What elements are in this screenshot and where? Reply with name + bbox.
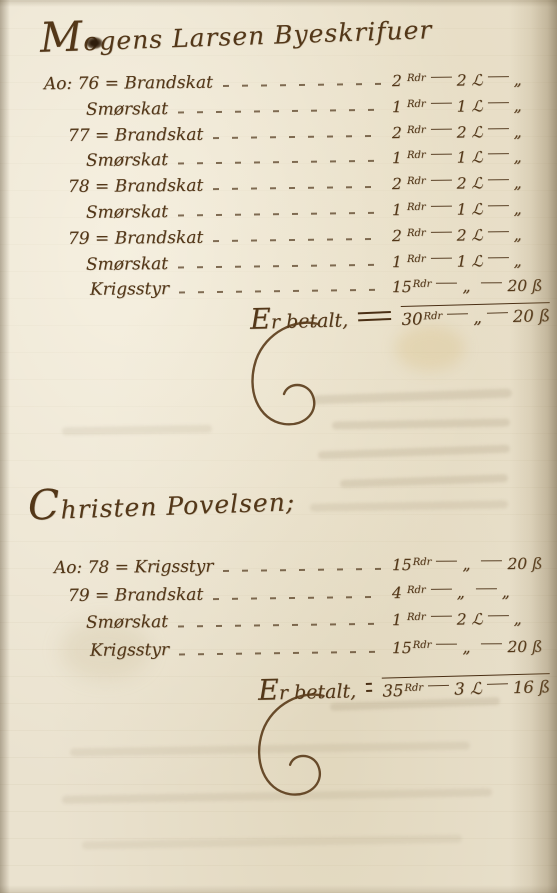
entry-amount: 1Rdr 1 ℒ „ <box>392 97 550 116</box>
dotted-leader <box>213 134 382 138</box>
bleed-through-text <box>332 418 510 429</box>
page-edge-shadow <box>0 0 557 7</box>
currency-unit: Rdr <box>413 279 432 290</box>
dotted-leader <box>223 83 382 87</box>
dash-separator <box>436 560 457 561</box>
dash-separator <box>481 282 502 283</box>
bleed-through-text <box>62 788 492 804</box>
calligraphic-flourish <box>250 690 342 808</box>
amount-skilling: „ <box>514 123 528 141</box>
currency-unit: Rdr <box>407 124 426 135</box>
dotted-leader <box>223 568 382 572</box>
ledger-rows-section2: Ao: 78 = Krigsstyr 15Rdr „ 20 ß 79 = Bra… <box>40 556 550 666</box>
dash-separator <box>431 102 452 103</box>
total-amount: 30Rdr „ 20 ß <box>401 302 550 329</box>
dash-separator <box>431 588 452 589</box>
dotted-leader <box>213 238 382 242</box>
entry-label: 79 = Brandskat <box>68 584 203 605</box>
dash-separator <box>488 256 509 257</box>
dash-separator <box>431 179 452 180</box>
entry-amount: 1Rdr 1 ℒ „ <box>392 251 550 270</box>
calligraphic-flourish <box>244 318 336 438</box>
entry-amount: 4Rdr „ „ <box>392 582 550 601</box>
currency-unit: Rdr <box>407 99 426 110</box>
currency-unit: Rdr <box>407 612 426 623</box>
dash-separator <box>476 587 497 588</box>
equals-sign <box>366 683 373 692</box>
entry-label: Krigsstyr <box>90 279 169 300</box>
entry-amount: 1Rdr 1 ℒ „ <box>392 148 550 167</box>
amount-skilling: 20 ß <box>507 555 542 573</box>
dash-separator <box>431 257 452 258</box>
bleed-through-text <box>70 742 470 757</box>
amount-skilling: „ <box>514 252 528 270</box>
total-line: Er betalt, 30Rdr „ 20 ß <box>250 295 551 336</box>
amount-mark: „ <box>462 278 476 296</box>
currency-unit: Rdr <box>413 557 432 568</box>
currency-unit: Rdr <box>404 683 423 694</box>
dash-separator <box>488 230 509 231</box>
dash-separator <box>488 76 509 77</box>
ledger-row: Ao: 78 = Krigsstyr 15Rdr „ 20 ß <box>40 554 550 586</box>
entry-amount: 2Rdr 2 ℒ „ <box>392 71 550 90</box>
amount-skilling: „ <box>514 71 528 89</box>
dotted-leader <box>179 289 382 294</box>
amount-skilling: „ <box>514 174 528 192</box>
entry-amount: 15Rdr „ 20 ß <box>392 277 550 296</box>
amount-skilling: 20 ß <box>507 637 542 655</box>
amount-rigsdaler: 1 <box>392 98 406 116</box>
dash-separator <box>431 231 452 232</box>
entry-amount: 15Rdr „ 20 ß <box>392 555 550 574</box>
amount-rigsdaler: 2 <box>392 227 406 245</box>
dash-separator <box>488 179 509 180</box>
currency-unit: Rdr <box>407 584 426 595</box>
bleed-through-text <box>318 445 510 460</box>
dash-separator <box>488 205 509 206</box>
currency-unit: Rdr <box>413 639 432 650</box>
dash-separator <box>488 615 509 616</box>
amount-rigsdaler: 30 <box>401 309 422 329</box>
amount-mark: „ <box>462 638 476 656</box>
entry-label: Ao: 76 = Brandskat <box>44 73 213 94</box>
ledger-row: Krigsstyr 15Rdr „ 20 ß <box>40 636 550 668</box>
amount-skilling: „ <box>514 148 528 166</box>
entry-label: Smørskat <box>86 99 168 120</box>
bleed-through-text <box>82 835 462 850</box>
dash-separator <box>487 683 508 685</box>
amount-mark: „ <box>473 308 482 327</box>
amount-rigsdaler: 4 <box>392 584 406 602</box>
amount-rigsdaler: 2 <box>392 72 406 90</box>
currency-unit: Rdr <box>407 202 426 213</box>
dash-separator <box>431 154 452 155</box>
entry-label: 77 = Brandskat <box>68 124 203 145</box>
entry-label: Smørskat <box>86 150 168 171</box>
dash-separator <box>431 615 452 616</box>
amount-mark: 2 ℒ <box>457 610 483 628</box>
entry-label: 79 = Brandskat <box>68 228 203 249</box>
amount-skilling: 16 ß <box>513 677 551 697</box>
dotted-leader <box>213 595 382 599</box>
dash-separator <box>431 76 452 77</box>
ledger-row: Smørskat 1Rdr 1 ℒ „ <box>40 96 550 126</box>
amount-mark: „ <box>457 583 471 601</box>
amount-rigsdaler: 15 <box>392 638 412 656</box>
dash-separator <box>488 127 509 128</box>
dotted-leader <box>178 108 382 113</box>
amount-rigsdaler: 2 <box>392 124 406 142</box>
ledger-row: 79 = Brandskat 4Rdr „ „ <box>40 581 550 613</box>
section-heading: Mogens Larsen Byeskrifuer <box>40 15 433 58</box>
amount-skilling: „ <box>514 97 528 115</box>
total-line: Er betalt, 35Rdr 3 ℒ 16 ß <box>258 666 551 707</box>
equals-sign <box>358 311 392 321</box>
dash-separator <box>488 153 509 154</box>
amount-rigsdaler: 1 <box>392 253 406 271</box>
dotted-leader <box>178 160 382 165</box>
dash-separator <box>481 560 502 561</box>
entry-label: Krigsstyr <box>90 640 169 661</box>
dash-separator <box>447 313 468 315</box>
page-edge-shadow <box>0 885 557 893</box>
entry-amount: 1Rdr 1 ℒ „ <box>392 200 550 219</box>
currency-unit: Rdr <box>407 253 426 264</box>
dotted-leader <box>213 186 382 190</box>
amount-mark: 2 ℒ <box>457 123 483 141</box>
currency-unit: Rdr <box>407 73 426 84</box>
amount-rigsdaler: 15 <box>392 278 412 296</box>
entry-label: 78 = Brandskat <box>68 176 203 197</box>
amount-skilling: „ <box>514 226 528 244</box>
amount-skilling: „ <box>514 610 528 628</box>
amount-mark: 2 ℒ <box>457 175 483 193</box>
entry-amount: 2Rdr 2 ℒ „ <box>392 226 550 245</box>
dotted-leader <box>178 212 382 217</box>
ledger-row: 79 = Brandskat 2Rdr 2 ℒ „ <box>40 225 550 255</box>
bleed-through-text <box>312 389 512 405</box>
dash-separator <box>431 205 452 206</box>
ledger-rows-section1: Ao: 76 = Brandskat 2Rdr 2 ℒ „ Smørskat 1… <box>40 72 550 304</box>
entry-label: Ao: 78 = Krigsstyr <box>54 557 214 578</box>
bleed-through-text <box>340 474 508 488</box>
total-amount: 35Rdr 3 ℒ 16 ß <box>382 673 550 700</box>
entry-amount: 15Rdr „ 20 ß <box>392 637 550 656</box>
amount-rigsdaler: 15 <box>392 556 412 574</box>
amount-mark: 2 ℒ <box>457 71 483 89</box>
amount-skilling: „ <box>502 583 516 601</box>
amount-rigsdaler: 1 <box>392 149 406 167</box>
amount-mark: „ <box>462 555 476 573</box>
amount-rigsdaler: 2 <box>392 175 406 193</box>
entry-label: Smørskat <box>86 612 168 633</box>
entry-amount: 2Rdr 2 ℒ „ <box>392 174 550 193</box>
amount-mark: 3 ℒ <box>454 679 482 699</box>
dotted-leader <box>178 263 382 268</box>
dash-separator <box>436 643 457 644</box>
amount-rigsdaler: 1 <box>392 611 406 629</box>
amount-skilling: 20 ß <box>507 277 542 295</box>
amount-rigsdaler: 35 <box>382 681 403 701</box>
amount-mark: 1 ℒ <box>457 200 483 218</box>
amount-rigsdaler: 1 <box>392 201 406 219</box>
entry-label: Smørskat <box>86 202 168 223</box>
amount-mark: 1 ℒ <box>457 97 483 115</box>
amount-mark: 1 ℒ <box>457 252 483 270</box>
dash-separator <box>481 642 502 643</box>
dash-separator <box>436 282 457 283</box>
currency-unit: Rdr <box>407 150 426 161</box>
dash-separator <box>488 101 509 102</box>
entry-amount: 2Rdr 2 ℒ „ <box>392 122 550 141</box>
entry-amount: 1Rdr 2 ℒ „ <box>392 610 550 629</box>
amount-mark: 1 ℒ <box>457 149 483 167</box>
section-heading: Christen Povelsen; <box>28 487 296 525</box>
dash-separator <box>487 312 508 314</box>
amount-skilling: „ <box>514 200 528 218</box>
paper-stain <box>395 325 465 371</box>
dotted-leader <box>179 650 382 655</box>
entry-label: Smørskat <box>86 254 168 275</box>
dash-separator <box>428 685 449 687</box>
currency-unit: Rdr <box>407 228 426 239</box>
bleed-through-text <box>62 425 212 436</box>
manuscript-page: Mogens Larsen Byeskrifuer Ao: 76 = Brand… <box>0 0 557 893</box>
ledger-row: Smørskat 1Rdr 2 ℒ „ <box>40 609 550 641</box>
currency-unit: Rdr <box>407 176 426 187</box>
currency-unit: Rdr <box>423 311 442 322</box>
amount-mark: 2 ℒ <box>457 226 483 244</box>
page-edge-shadow <box>0 0 10 893</box>
amount-skilling: 20 ß <box>513 306 551 326</box>
dash-separator <box>431 128 452 129</box>
total-label: Er betalt, <box>250 300 349 336</box>
bleed-through-text <box>310 500 508 511</box>
dotted-leader <box>178 623 382 628</box>
total-label: Er betalt, <box>258 671 357 707</box>
